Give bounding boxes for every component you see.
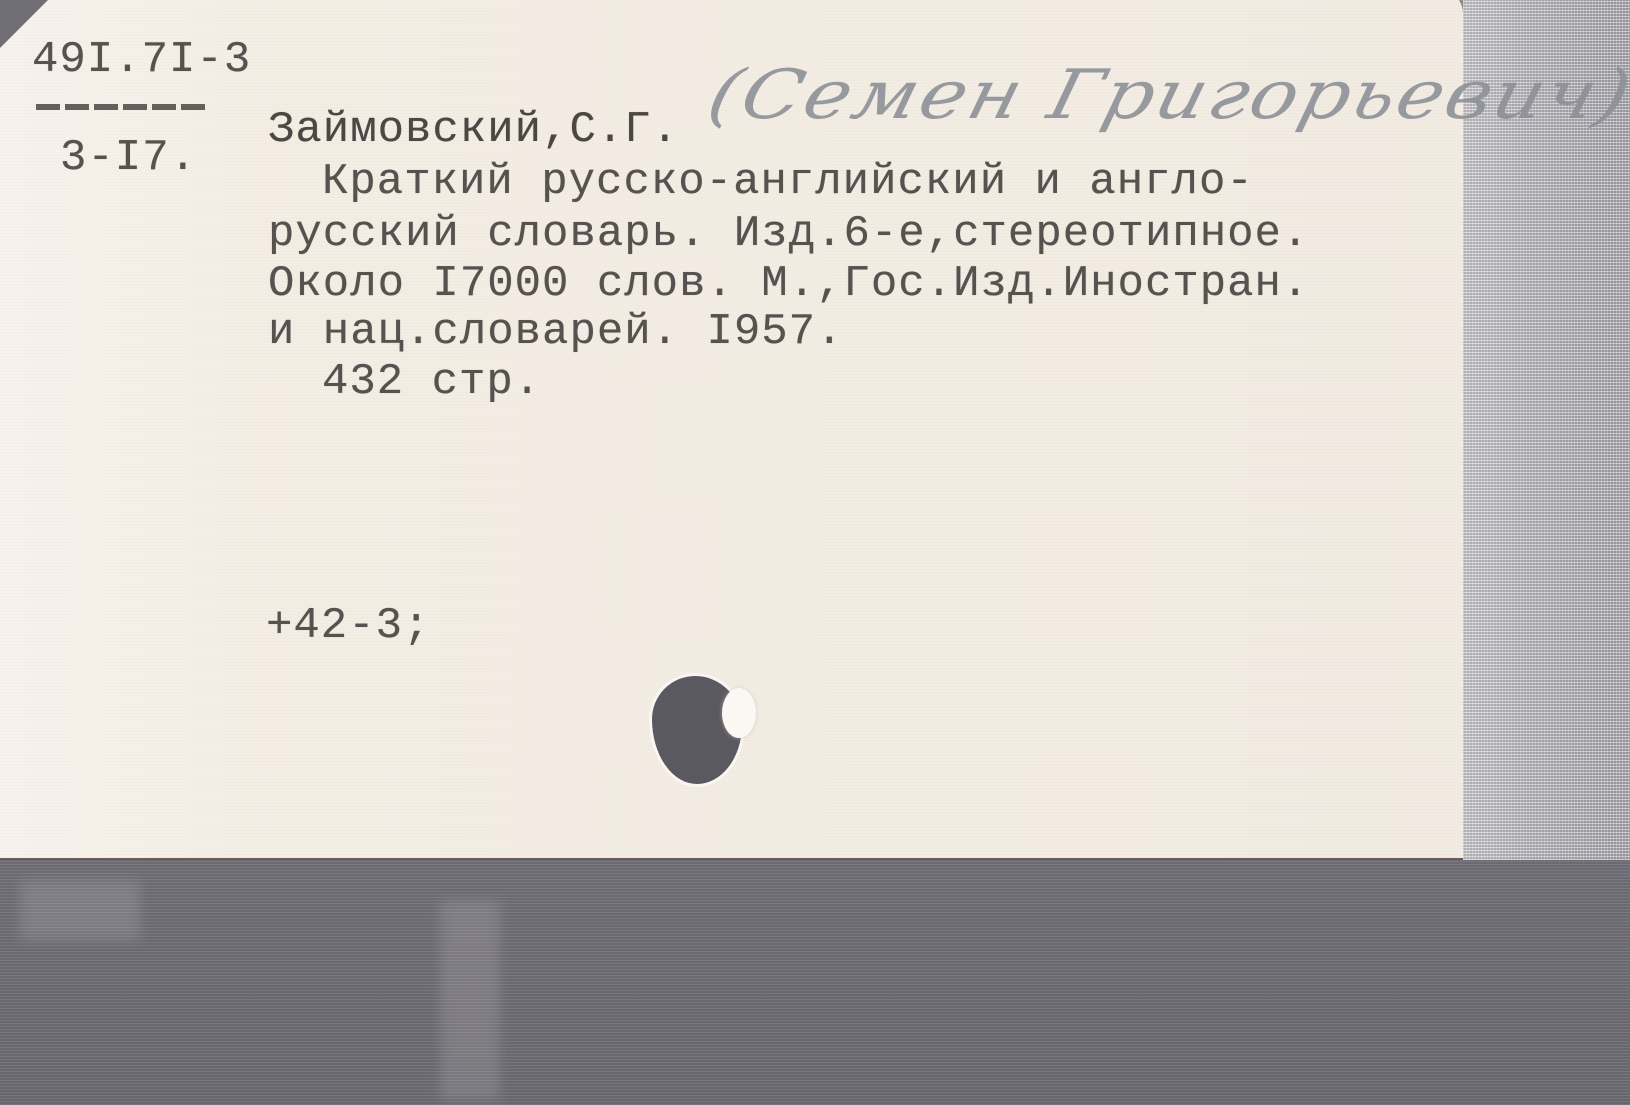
publisher-line: и нац.словарей. I957.: [268, 310, 844, 354]
call-number-divider: [36, 104, 208, 110]
title-line-2: русский словарь. Изд.6-е,стереотипное.: [268, 212, 1309, 256]
author-name: Займовский,С.Г.: [268, 108, 679, 152]
imprint-line: Около I7000 слов. М.,Гос.Изд.Иностран.: [268, 262, 1309, 306]
background-smudge: [20, 880, 140, 940]
background-smudge: [440, 900, 500, 1100]
tracing-number: +42-3;: [266, 604, 430, 648]
pagination: 432 стр.: [322, 360, 541, 404]
title-line-1: Краткий русско-английский и англо-: [322, 160, 1254, 204]
call-number-bottom: 3-I7.: [60, 136, 197, 180]
handwritten-full-name: (Семен Григорьевич): [700, 56, 1630, 135]
torn-paper-flap: [722, 688, 756, 738]
call-number-top: 49I.7I-3: [32, 38, 251, 82]
